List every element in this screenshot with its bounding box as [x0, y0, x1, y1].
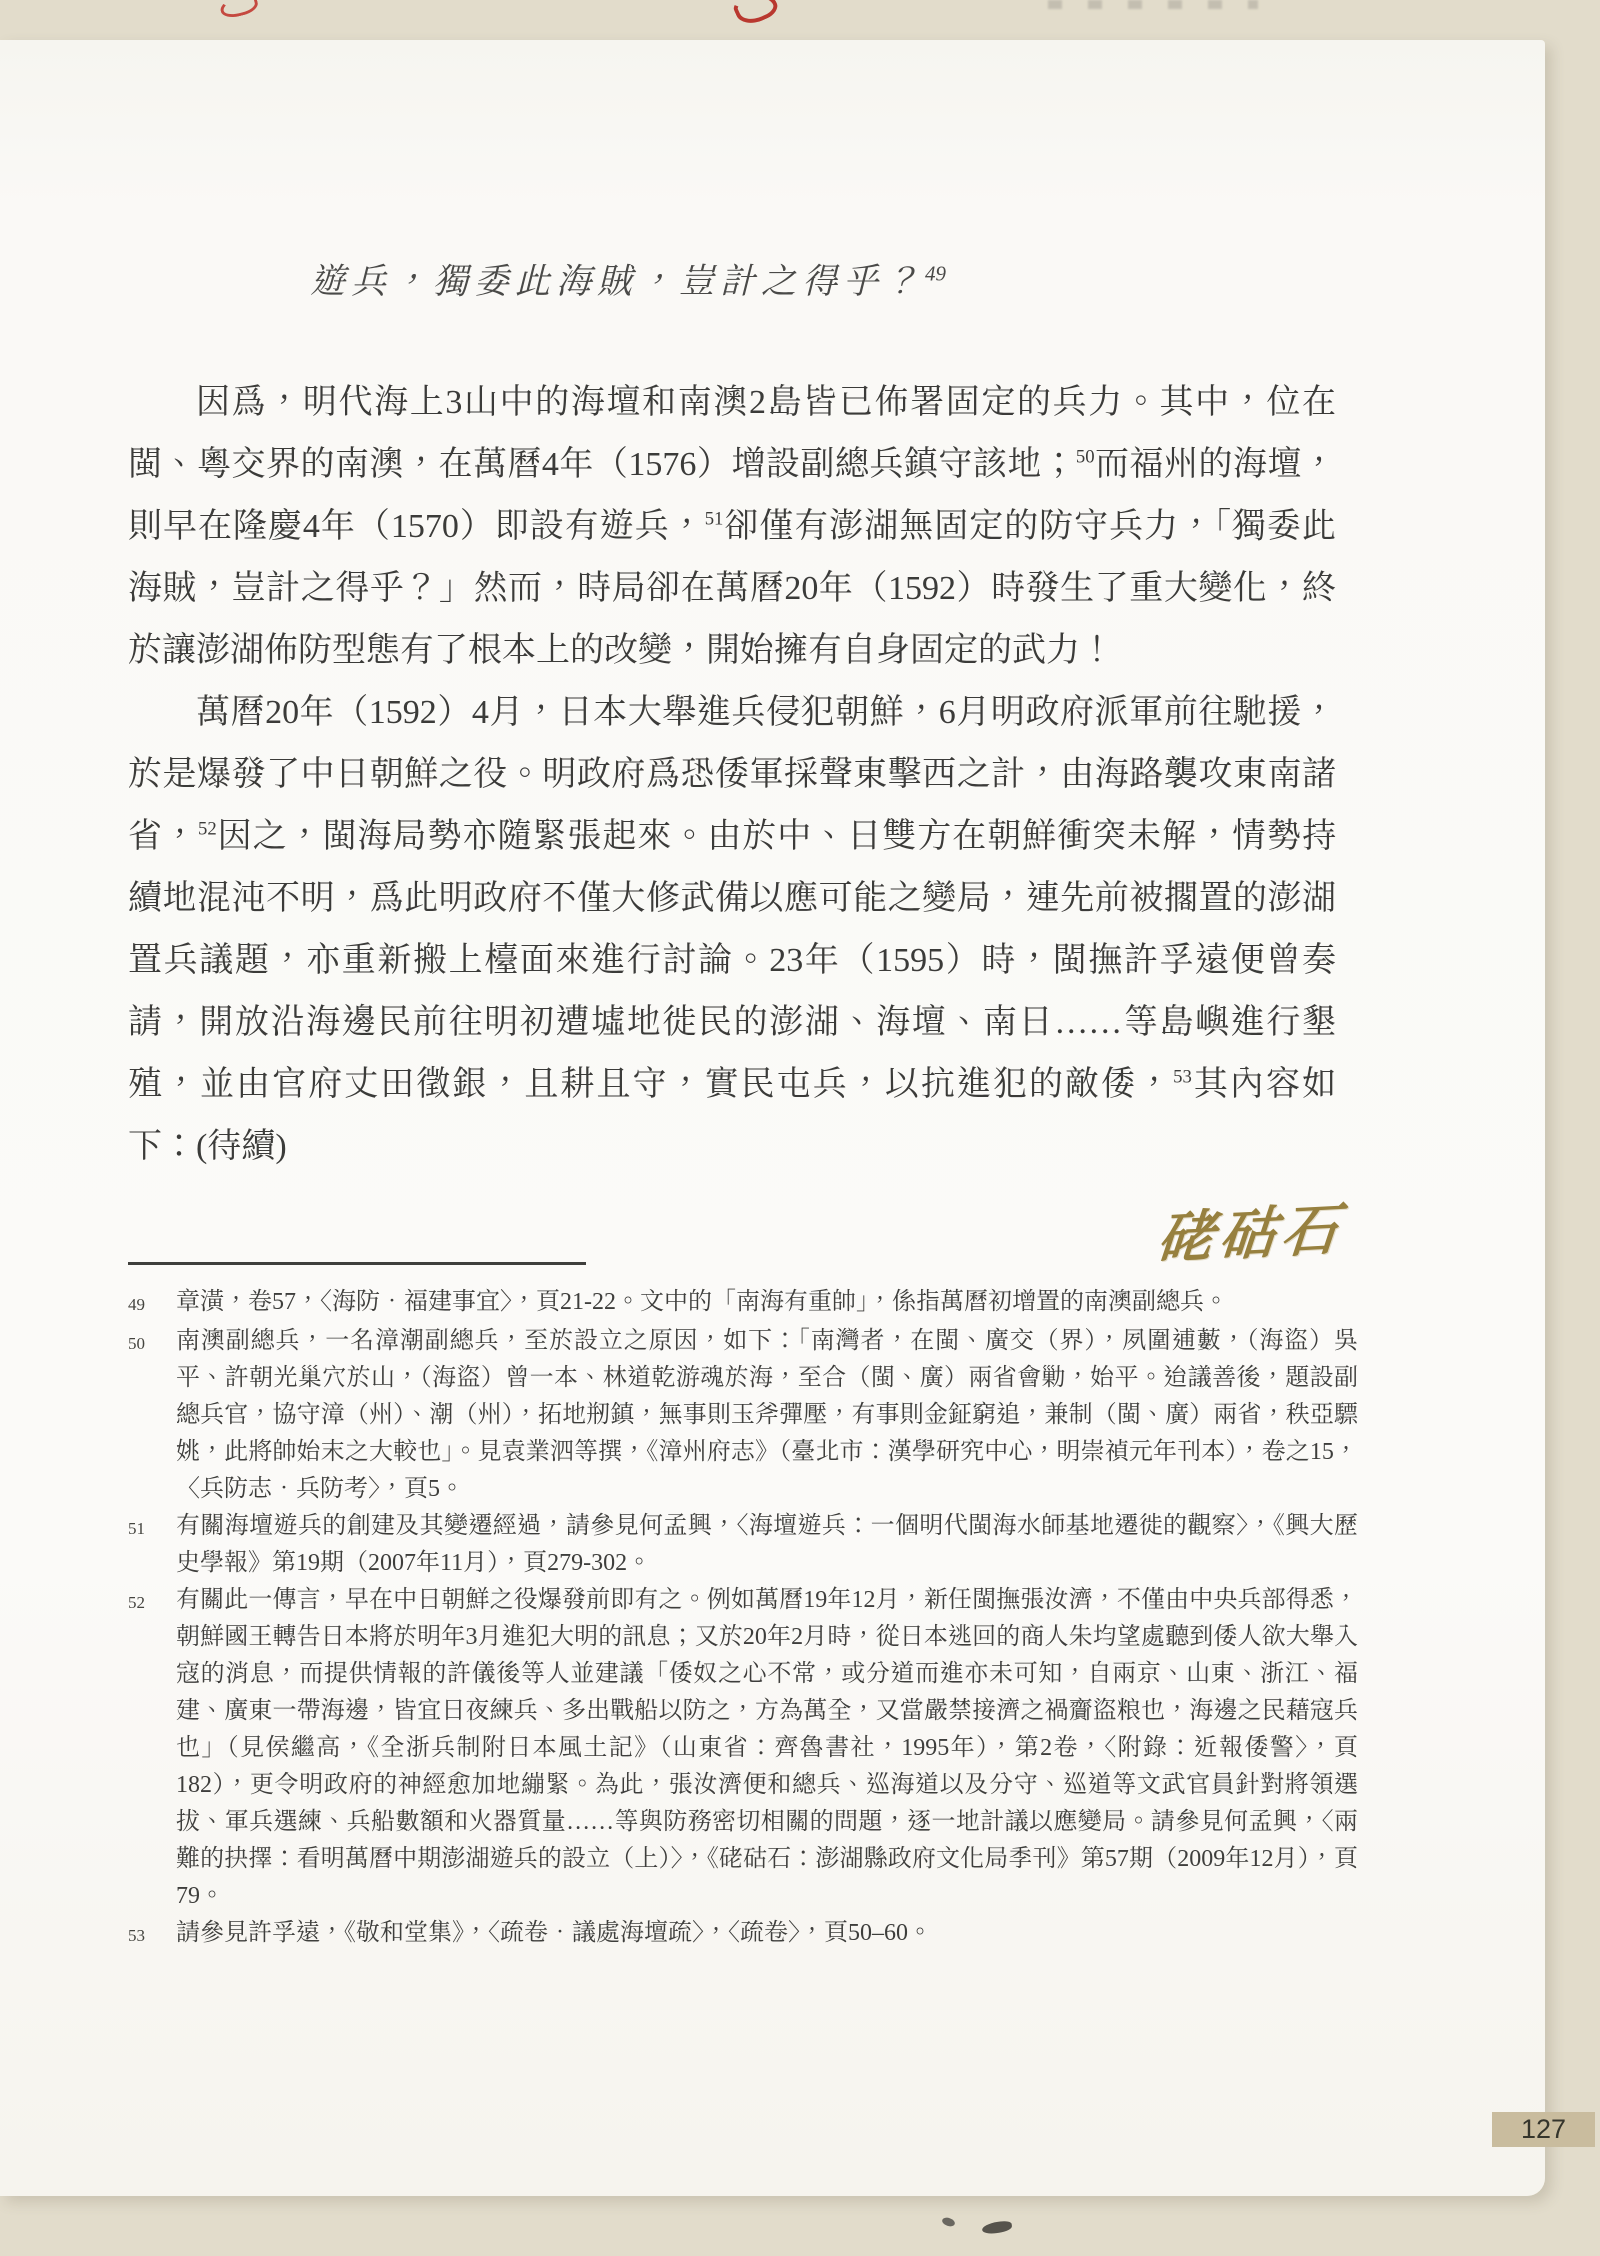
footnote-ref: 51 [705, 509, 724, 530]
footnote-text: 南澳副總兵，一名漳潮副總兵，至於設立之原因，如下：「南灣者，在閩、廣交（界），夙… [176, 1323, 1358, 1508]
footnote-ref: 49 [925, 261, 946, 285]
footnote-number: 51 [128, 1508, 176, 1582]
footnotes-block: 49章潢，卷57，〈海防‧福建事宜〉，頁21-22。文中的「南海有重帥」，係指萬… [128, 1284, 1358, 1954]
footnote-number: 52 [128, 1582, 176, 1915]
page-number: 127 [1521, 2114, 1566, 2145]
scan-edge-smudge [1048, 0, 1258, 9]
footnote-ref: 50 [1076, 447, 1095, 468]
footnote: 49章潢，卷57，〈海防‧福建事宜〉，頁21-22。文中的「南海有重帥」，係指萬… [128, 1284, 1358, 1323]
ink-smudge [981, 2220, 1012, 2235]
footnote-text: 有關此一傳言，早在中日朝鮮之役爆發前即有之。例如萬曆19年12月，新任閩撫張汝濟… [176, 1582, 1358, 1915]
footnote: 50南澳副總兵，一名漳潮副總兵，至於設立之原因，如下：「南灣者，在閩、廣交（界）… [128, 1323, 1358, 1508]
footnote-text: 請參見許孚遠，《敬和堂集》，〈疏卷‧議處海壇疏〉，〈疏卷〉，頁50–60。 [176, 1915, 1358, 1954]
quote-text: 遊兵，獨委此海賊，豈計之得乎？ [310, 262, 925, 301]
footnote-ref: 53 [1173, 1067, 1192, 1088]
footnote-separator [128, 1262, 586, 1265]
footnote: 51有關海壇遊兵的創建及其變遷經過，請參見何孟興，〈海壇遊兵：一個明代閩海水師基… [128, 1508, 1358, 1582]
red-pen-mark [731, 0, 781, 29]
paragraph: 因爲，明代海上3山中的海壇和南澳2島皆已佈署固定的兵力。其中，位在閩、粵交界的南… [128, 372, 1336, 682]
ink-smudge [941, 2216, 956, 2228]
page-number-badge: 127 [1492, 2112, 1595, 2147]
footnote: 53請參見許孚遠，《敬和堂集》，〈疏卷‧議處海壇疏〉，〈疏卷〉，頁50–60。 [128, 1915, 1358, 1954]
footnote-text: 有關海壇遊兵的創建及其變遷經過，請參見何孟興，〈海壇遊兵：一個明代閩海水師基地遷… [176, 1508, 1358, 1582]
journal-stamp-logo: 硓𥑮石 [1155, 1185, 1348, 1275]
body-text: 因爲，明代海上3山中的海壇和南澳2島皆已佈署固定的兵力。其中，位在閩、粵交界的南… [128, 372, 1336, 1178]
footnote-number: 50 [128, 1323, 176, 1508]
footnote: 52有關此一傳言，早在中日朝鮮之役爆發前即有之。例如萬曆19年12月，新任閩撫張… [128, 1582, 1358, 1915]
red-pen-mark [218, 0, 260, 20]
footnote-ref: 52 [198, 819, 217, 840]
footnote-number: 53 [128, 1915, 176, 1954]
epigraph-quote: 遊兵，獨委此海賊，豈計之得乎？49 [310, 254, 946, 304]
footnote-text: 章潢，卷57，〈海防‧福建事宜〉，頁21-22。文中的「南海有重帥」，係指萬曆初… [176, 1284, 1358, 1323]
footnote-number: 49 [128, 1284, 176, 1323]
scanned-book-page: 遊兵，獨委此海賊，豈計之得乎？49 因爲，明代海上3山中的海壇和南澳2島皆已佈署… [0, 0, 1600, 2256]
paragraph: 萬曆20年（1592）4月，日本大舉進兵侵犯朝鮮，6月明政府派軍前往馳援，於是爆… [128, 682, 1336, 1178]
